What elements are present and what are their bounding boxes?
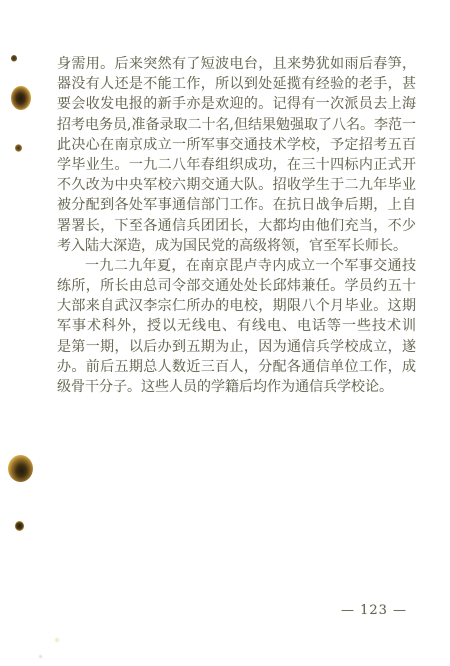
text-line: 要会收发电报的新手亦是欢迎的。记得有一次派员去上海登报 (57, 94, 416, 114)
ink-blot-large (8, 455, 33, 482)
text-line: 招考电务员,准备录取二十名,但结果勉强取了八名。李范一为 (57, 115, 416, 135)
text-line: 军事术科外，授以无线电、有线电、电话等一些技术训练，这 (57, 316, 416, 336)
text-line: 不久改为中央军校六期交通大队。招收学生于二九年毕业后， (57, 175, 416, 195)
text-line: 器没有人还是不能工作，所以到处延揽有经验的老手，甚至只 (57, 74, 416, 94)
text-line: 大部来自武汉李宗仁所办的电校，期限八个月毕业。这期间除 (57, 296, 416, 316)
text-line-paragraph-end: 考入陆大深造，成为国民党的高级将领，官至军长师长。 (57, 236, 416, 256)
ink-blot-large (11, 86, 31, 110)
faint-stain (38, 654, 43, 659)
text-line-paragraph-end: 级骨干分子。这些人员的学籍后均作为通信兵学校论。 (57, 377, 416, 397)
text-line-paragraph-start: 一九二九年夏，在南京毘卢寺内成立一个军事交通技术教 (57, 256, 416, 276)
ink-speck (15, 144, 22, 152)
text-line: 身需用。后来突然有了短波电台，且来势犹如雨后春笋，有机 (57, 54, 416, 74)
faint-stain (54, 637, 60, 643)
text-line: 学毕业生。一九二八年春组织成功，在三十四标内正式开学， (57, 155, 416, 175)
scanned-book-page: 身需用。后来突然有了短波电台，且来势犹如雨后春笋，有机 器没有人还是不能工作，所… (0, 0, 450, 666)
ink-speck (15, 521, 24, 531)
text-line: 是第一期，以后办到五期为止，因为通信兵学校成立，遂不再 (57, 337, 416, 357)
body-text: 身需用。后来突然有了短波电台，且来势犹如雨后春笋，有机 器没有人还是不能工作，所… (57, 54, 416, 397)
text-line: 此决心在南京成立一所军事交通技术学校，予定招考五百名中 (57, 135, 416, 155)
text-line: 练所，所长由总司令部交通处处长邱炜兼任。学员约五十人， (57, 276, 416, 296)
page-number: — 123 — (340, 603, 408, 618)
text-line: 被分配到各处军事通信部门工作。在抗日战争后期，上自通信 (57, 195, 416, 215)
text-line: 办。前后五期总人数近三百人，分配各通信单位工作，成为中 (57, 357, 416, 377)
text-line: 署署长，下至各通信兵团团长，大都均由他们充当，不少人还 (57, 216, 416, 236)
ink-blot-small (11, 55, 17, 62)
